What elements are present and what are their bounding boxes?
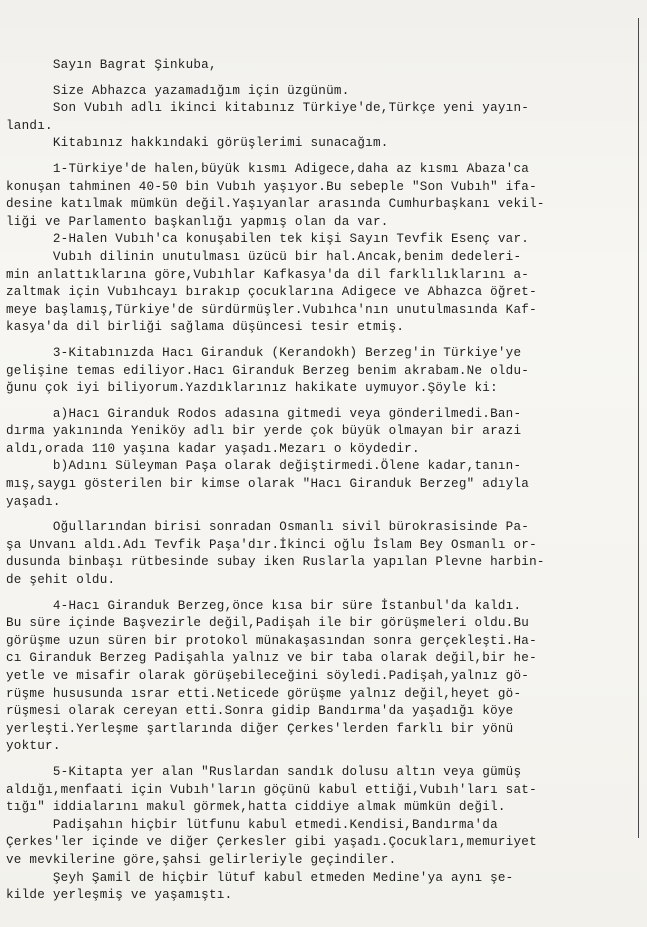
text-line: Şeyh Şamil de hiçbir lütuf kabul etmeden… (6, 870, 638, 888)
text-line: Size Abhazca yazamadığım için üzgünüm. (6, 83, 638, 101)
spacer (6, 337, 638, 345)
text-line: konuşan tahminen 40-50 bin Vubıh yaşıyor… (6, 179, 638, 197)
letter-body: Sayın Bagrat Şinkuba, Size Abhazca yazam… (6, 57, 638, 905)
text-line: Kitabınız hakkındaki görüşlerimi sunacağ… (6, 135, 638, 153)
text-line: a)Hacı Giranduk Rodos adasına gitmedi ve… (6, 406, 638, 424)
spacer (6, 153, 638, 161)
text-line: mış,saygı gösterilen bir kimse olarak "H… (6, 476, 638, 494)
text-line: rüşme hususunda ısrar etti.Neticede görü… (6, 686, 638, 704)
text-line: yetle ve misafir olarak görüşebileceğini… (6, 668, 638, 686)
spacer (6, 756, 638, 764)
text-line: 4-Hacı Giranduk Berzeg,önce kısa bir sür… (6, 598, 638, 616)
text-line: şa Unvanı aldı.Adı Tevfik Paşa'dır.İkinc… (6, 537, 638, 555)
paragraph-intro: Size Abhazca yazamadığım için üzgünüm. S… (6, 83, 638, 153)
text-line: 1-Türkiye'de halen,büyük kısmı Adigece,d… (6, 161, 638, 179)
spacer (6, 511, 638, 519)
text-line: 2-Halen Vubıh'ca konuşabilen tek kişi Sa… (6, 231, 638, 249)
text-line: b)Adını Süleyman Paşa olarak değiştirmed… (6, 458, 638, 476)
text-line: yaşadı. (6, 494, 638, 512)
text-line: Oğullarından birisi sonradan Osmanlı siv… (6, 519, 638, 537)
scanned-letter-page: Sayın Bagrat Şinkuba, Size Abhazca yazam… (0, 0, 647, 927)
text-line: gelişine temas ediliyor.Hacı Giranduk Be… (6, 363, 638, 381)
text-line: 3-Kitabınızda Hacı Giranduk (Kerandokh) … (6, 345, 638, 363)
text-line: aldığı,menfaati için Vubıh'ların göçünü … (6, 782, 638, 800)
spacer (6, 398, 638, 406)
text-line: aldı,orada 110 yaşına kadar yaşadı.Mezar… (6, 441, 638, 459)
text-line: kilde yerleşmiş ve yaşamıştı. (6, 887, 638, 905)
text-line: Vubıh dilinin unutulması üzücü bir hal.A… (6, 249, 638, 267)
text-line: kasya'da dil birliği sağlama düşüncesi t… (6, 319, 638, 337)
paragraph-point-4: 4-Hacı Giranduk Berzeg,önce kısa bir sür… (6, 598, 638, 756)
paragraph-point-3a-3b: a)Hacı Giranduk Rodos adasına gitmedi ve… (6, 406, 638, 512)
salutation: Sayın Bagrat Şinkuba, (6, 57, 638, 75)
text-line: Padişahın hiçbir lütfunu kabul etmedi.Ke… (6, 817, 638, 835)
text-line: Çerkes'ler içinde ve diğer Çerkesler gib… (6, 834, 638, 852)
text-line: desine katılmak mümkün değil.Yaşıyanlar … (6, 196, 638, 214)
spacer (6, 75, 638, 83)
text-line: yerleşti.Yerleşme şartlarında diğer Çerk… (6, 721, 638, 739)
text-line: ve mevkilerine göre,şahsi gelirleriyle g… (6, 852, 638, 870)
paragraph-point-5: 5-Kitapta yer alan "Ruslardan sandık dol… (6, 764, 638, 905)
text-line: de şehit oldu. (6, 572, 638, 590)
text-line: rüşmesi olarak cereyan etti.Sonra gidip … (6, 703, 638, 721)
text-line: dırma yakınında Yeniköy adlı bir yerde ç… (6, 423, 638, 441)
paragraph-point-1: 1-Türkiye'de halen,büyük kısmı Adigece,d… (6, 161, 638, 231)
text-line: min anlattıklarına göre,Vubıhlar Kafkasy… (6, 267, 638, 285)
text-line: görüşme uzun süren bir protokol münakaşa… (6, 633, 638, 651)
text-line: dusunda binbaşı rütbesinde subay iken Ru… (6, 554, 638, 572)
spacer (6, 590, 638, 598)
text-line: Son Vubıh adlı ikinci kitabınız Türkiye'… (6, 100, 638, 118)
paragraph-point-2: 2-Halen Vubıh'ca konuşabilen tek kişi Sa… (6, 231, 638, 337)
text-line: 5-Kitapta yer alan "Ruslardan sandık dol… (6, 764, 638, 782)
text-line: meye başlamış,Türkiye'de sürdürmüşler.Vu… (6, 302, 638, 320)
text-line: tığı" iddialarını makul görmek,hatta cid… (6, 799, 638, 817)
text-line: landı. (6, 118, 638, 136)
text-line: Bu süre içinde Başvezirle değil,Padişah … (6, 615, 638, 633)
page-edge-line (638, 18, 639, 838)
text-line: ğunu çok iyi biliyorum.Yazdıklarınız hak… (6, 380, 638, 398)
text-line: yoktur. (6, 738, 638, 756)
paragraph-point-3: 3-Kitabınızda Hacı Giranduk (Kerandokh) … (6, 345, 638, 398)
text-line: liği ve Parlamento başkanlığı yapmış ola… (6, 214, 638, 232)
text-line: zaltmak için Vubıhcayı bırakıp çocukları… (6, 284, 638, 302)
paragraph-sons: Oğullarından birisi sonradan Osmanlı siv… (6, 519, 638, 589)
text-line: cı Giranduk Berzeg Padişahla yalnız ve b… (6, 650, 638, 668)
